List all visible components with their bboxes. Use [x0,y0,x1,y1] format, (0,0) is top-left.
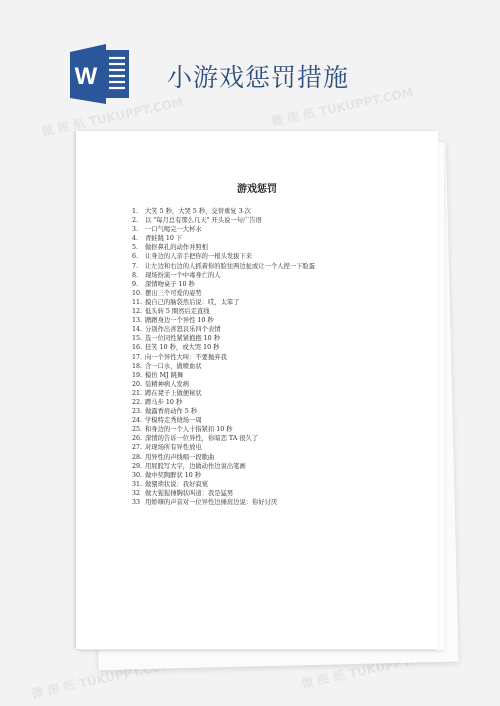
list-item-number: 33 [132,498,145,507]
list-item: 33用娇嗲的声音对一位异性边捶肩边说：你好讨厌 [132,498,315,507]
list-item-number: 2. [132,216,145,225]
list-item: 24.学模特走秀绕场一周 [132,416,315,425]
list-item-number: 12. [132,307,145,316]
list-item-text: 狂笑 10 秒，或大哭 10 秒 [145,344,219,351]
list-item-number: 4. [132,234,145,243]
list-item: 7.让左边和右边的人抓着你的脸往两边扯或让一个人捏一下脸蛋 [132,262,315,271]
list-item-number: 10. [132,289,145,298]
list-item: 20.装精神病人发病 [132,380,315,389]
list-item-text: 让身边的人亲手把你的一根头发拔下来 [145,253,252,260]
list-item-number: 24. [132,416,145,425]
list-item-text: 青蛙跳 10 下 [145,235,182,242]
list-item: 3.一口气喝完一大杯水 [132,225,315,234]
list-item-text: 一口气喝完一大杯水 [145,226,202,233]
list-item: 30.做中奖陶醉状 10 秒 [132,471,315,480]
list-item-number: 7. [132,262,145,271]
list-item: 12.低头转 5 圈然后走直线 [132,307,315,316]
list-item-number: 17. [132,353,145,362]
list-item-number: 11. [132,298,145,307]
list-item: 2.以 "每月总有那么几天" 开头说一句广告语 [132,216,315,225]
list-item-number: 14. [132,325,145,334]
list-item-number: 20. [132,380,145,389]
list-item-text: 深情的告诉一位异性，你暗恋 TA 很久了 [145,435,258,442]
list-item-text: 摆出三个可爱的姿势 [145,290,202,297]
penalty-list: 1.大笑 5 秒，大哭 5 秒，交替重复 3 次2.以 "每月总有那么几天" 开… [132,207,315,507]
list-item-number: 16. [132,343,145,352]
list-item-number: 3. [132,225,145,234]
svg-text:W: W [75,63,98,90]
list-item-text: 分别作出喜怒哀乐四个表情 [145,326,221,333]
list-item-number: 1. [132,207,145,216]
list-item-number: 31. [132,480,145,489]
list-item: 1.大笑 5 秒，大哭 5 秒，交替重复 3 次 [132,207,315,216]
list-item: 15.选一位同性紧紧抱抱 10 秒 [132,334,315,343]
list-item-text: 选一位同性紧紧抱抱 10 秒 [145,335,220,342]
list-item-text: 大笑 5 秒，大哭 5 秒，交替重复 3 次 [145,208,251,215]
list-item: 5.做抠鼻孔的动作并照相 [132,243,315,252]
list-item-number: 30. [132,471,145,480]
list-item-text: 做大猩猩捶胸状叫道：我是猛男 [145,490,233,497]
list-item-text: 装精神病人发病 [145,381,189,388]
word-icon: W [69,44,133,104]
document-page: 游戏惩罚 1.大笑 5 秒，大哭 5 秒，交替重复 3 次2.以 "每月总有那么… [76,131,438,649]
list-item-number: 9. [132,280,145,289]
list-item-number: 26. [132,434,145,443]
list-item: 23.做露香肩动作 5 秒 [132,407,315,416]
list-item-text: 蹲在凳子上做便秘状 [145,390,202,397]
list-item-text: 让左边和右边的人抓着你的脸往两边扯或让一个人捏一下脸蛋 [145,263,315,270]
list-item: 27.对现场所有异性放电 [132,443,315,452]
list-item: 17.向一个异性大叫：不要抛弃我 [132,353,315,362]
list-item: 28.用异性的声线唱一段歌曲 [132,453,315,462]
list-item-number: 23. [132,407,145,416]
list-item-text: 含一口水，做喷血状 [145,363,202,370]
list-item: 8.现场扮演一个中毒身亡的人 [132,271,315,280]
list-item: 22.蹲马步 10 秒 [132,398,315,407]
list-item: 14.分别作出喜怒哀乐四个表情 [132,325,315,334]
list-item: 31.做猥琐状说：我好寂寞 [132,480,315,489]
document-title: 小游戏惩罚措施 [167,58,349,94]
list-item-number: 13. [132,316,145,325]
list-item-text: 学模特走秀绕场一周 [145,417,202,424]
list-item: 16.狂笑 10 秒，或大哭 10 秒 [132,343,315,352]
list-item-text: 模仿 MJ 跳舞 [145,372,183,379]
list-item-number: 19. [132,371,145,380]
list-item: 29.用屁股写大字，边做动作边说出笔画 [132,462,315,471]
list-item-text: 用屁股写大字，边做动作边说出笔画 [145,463,246,470]
header: W 小游戏惩罚措施 [0,0,500,130]
list-item-text: 和身边的一个人十指紧扣 10 秒 [145,426,233,433]
list-item: 26.深情的告诉一位异性，你暗恋 TA 很久了 [132,434,315,443]
list-item-text: 做抠鼻孔的动作并照相 [145,244,208,251]
list-item-number: 15. [132,334,145,343]
list-item-number: 6. [132,252,145,261]
list-item-number: 5. [132,243,145,252]
list-item-text: 做中奖陶醉状 10 秒 [145,472,201,479]
list-item-text: 做猥琐状说：我好寂寞 [145,481,208,488]
list-item: 11.摸自己的脑袋然后说：哎，太笨了 [132,298,315,307]
list-item-text: 向一个异性大叫：不要抛弃我 [145,354,227,361]
list-item: 9.深情吻桌子 10 秒 [132,280,315,289]
list-item-text: 摸自己的脑袋然后说：哎，太笨了 [145,299,239,306]
list-item-number: 18. [132,362,145,371]
list-item: 21.蹲在凳子上做便秘状 [132,389,315,398]
list-item-text: 现场扮演一个中毒身亡的人 [145,272,221,279]
list-item-text: 做露香肩动作 5 秒 [145,408,197,415]
list-item-text: 蹭蹭身边一个异性 10 秒 [145,317,214,324]
list-item-number: 22. [132,398,145,407]
list-item-number: 27. [132,443,145,452]
list-item-text: 深情吻桌子 10 秒 [145,281,195,288]
list-item-number: 28. [132,453,145,462]
list-item: 10.摆出三个可爱的姿势 [132,289,315,298]
list-item: 25.和身边的一个人十指紧扣 10 秒 [132,425,315,434]
list-item-number: 25. [132,425,145,434]
list-item: 32做大猩猩捶胸状叫道：我是猛男 [132,489,315,498]
list-item: 6.让身边的人亲手把你的一根头发拔下来 [132,252,315,261]
list-item-text: 对现场所有异性放电 [145,444,202,451]
list-item-text: 以 "每月总有那么几天" 开头说一句广告语 [145,217,262,224]
list-item-text: 低头转 5 圈然后走直线 [145,308,210,315]
list-item: 19.模仿 MJ 跳舞 [132,371,315,380]
list-item-text: 蹲马步 10 秒 [145,399,182,406]
list-item: 18.含一口水，做喷血状 [132,362,315,371]
list-item-number: 29. [132,462,145,471]
list-item-number: 8. [132,271,145,280]
list-item-text: 用异性的声线唱一段歌曲 [145,454,214,461]
list-item-number: 32 [132,489,145,498]
page-heading: 游戏惩罚 [76,180,438,195]
list-item-text: 用娇嗲的声音对一位异性边捶肩边说：你好讨厌 [145,499,277,506]
list-item: 4.青蛙跳 10 下 [132,234,315,243]
list-item-number: 21. [132,389,145,398]
list-item: 13.蹭蹭身边一个异性 10 秒 [132,316,315,325]
